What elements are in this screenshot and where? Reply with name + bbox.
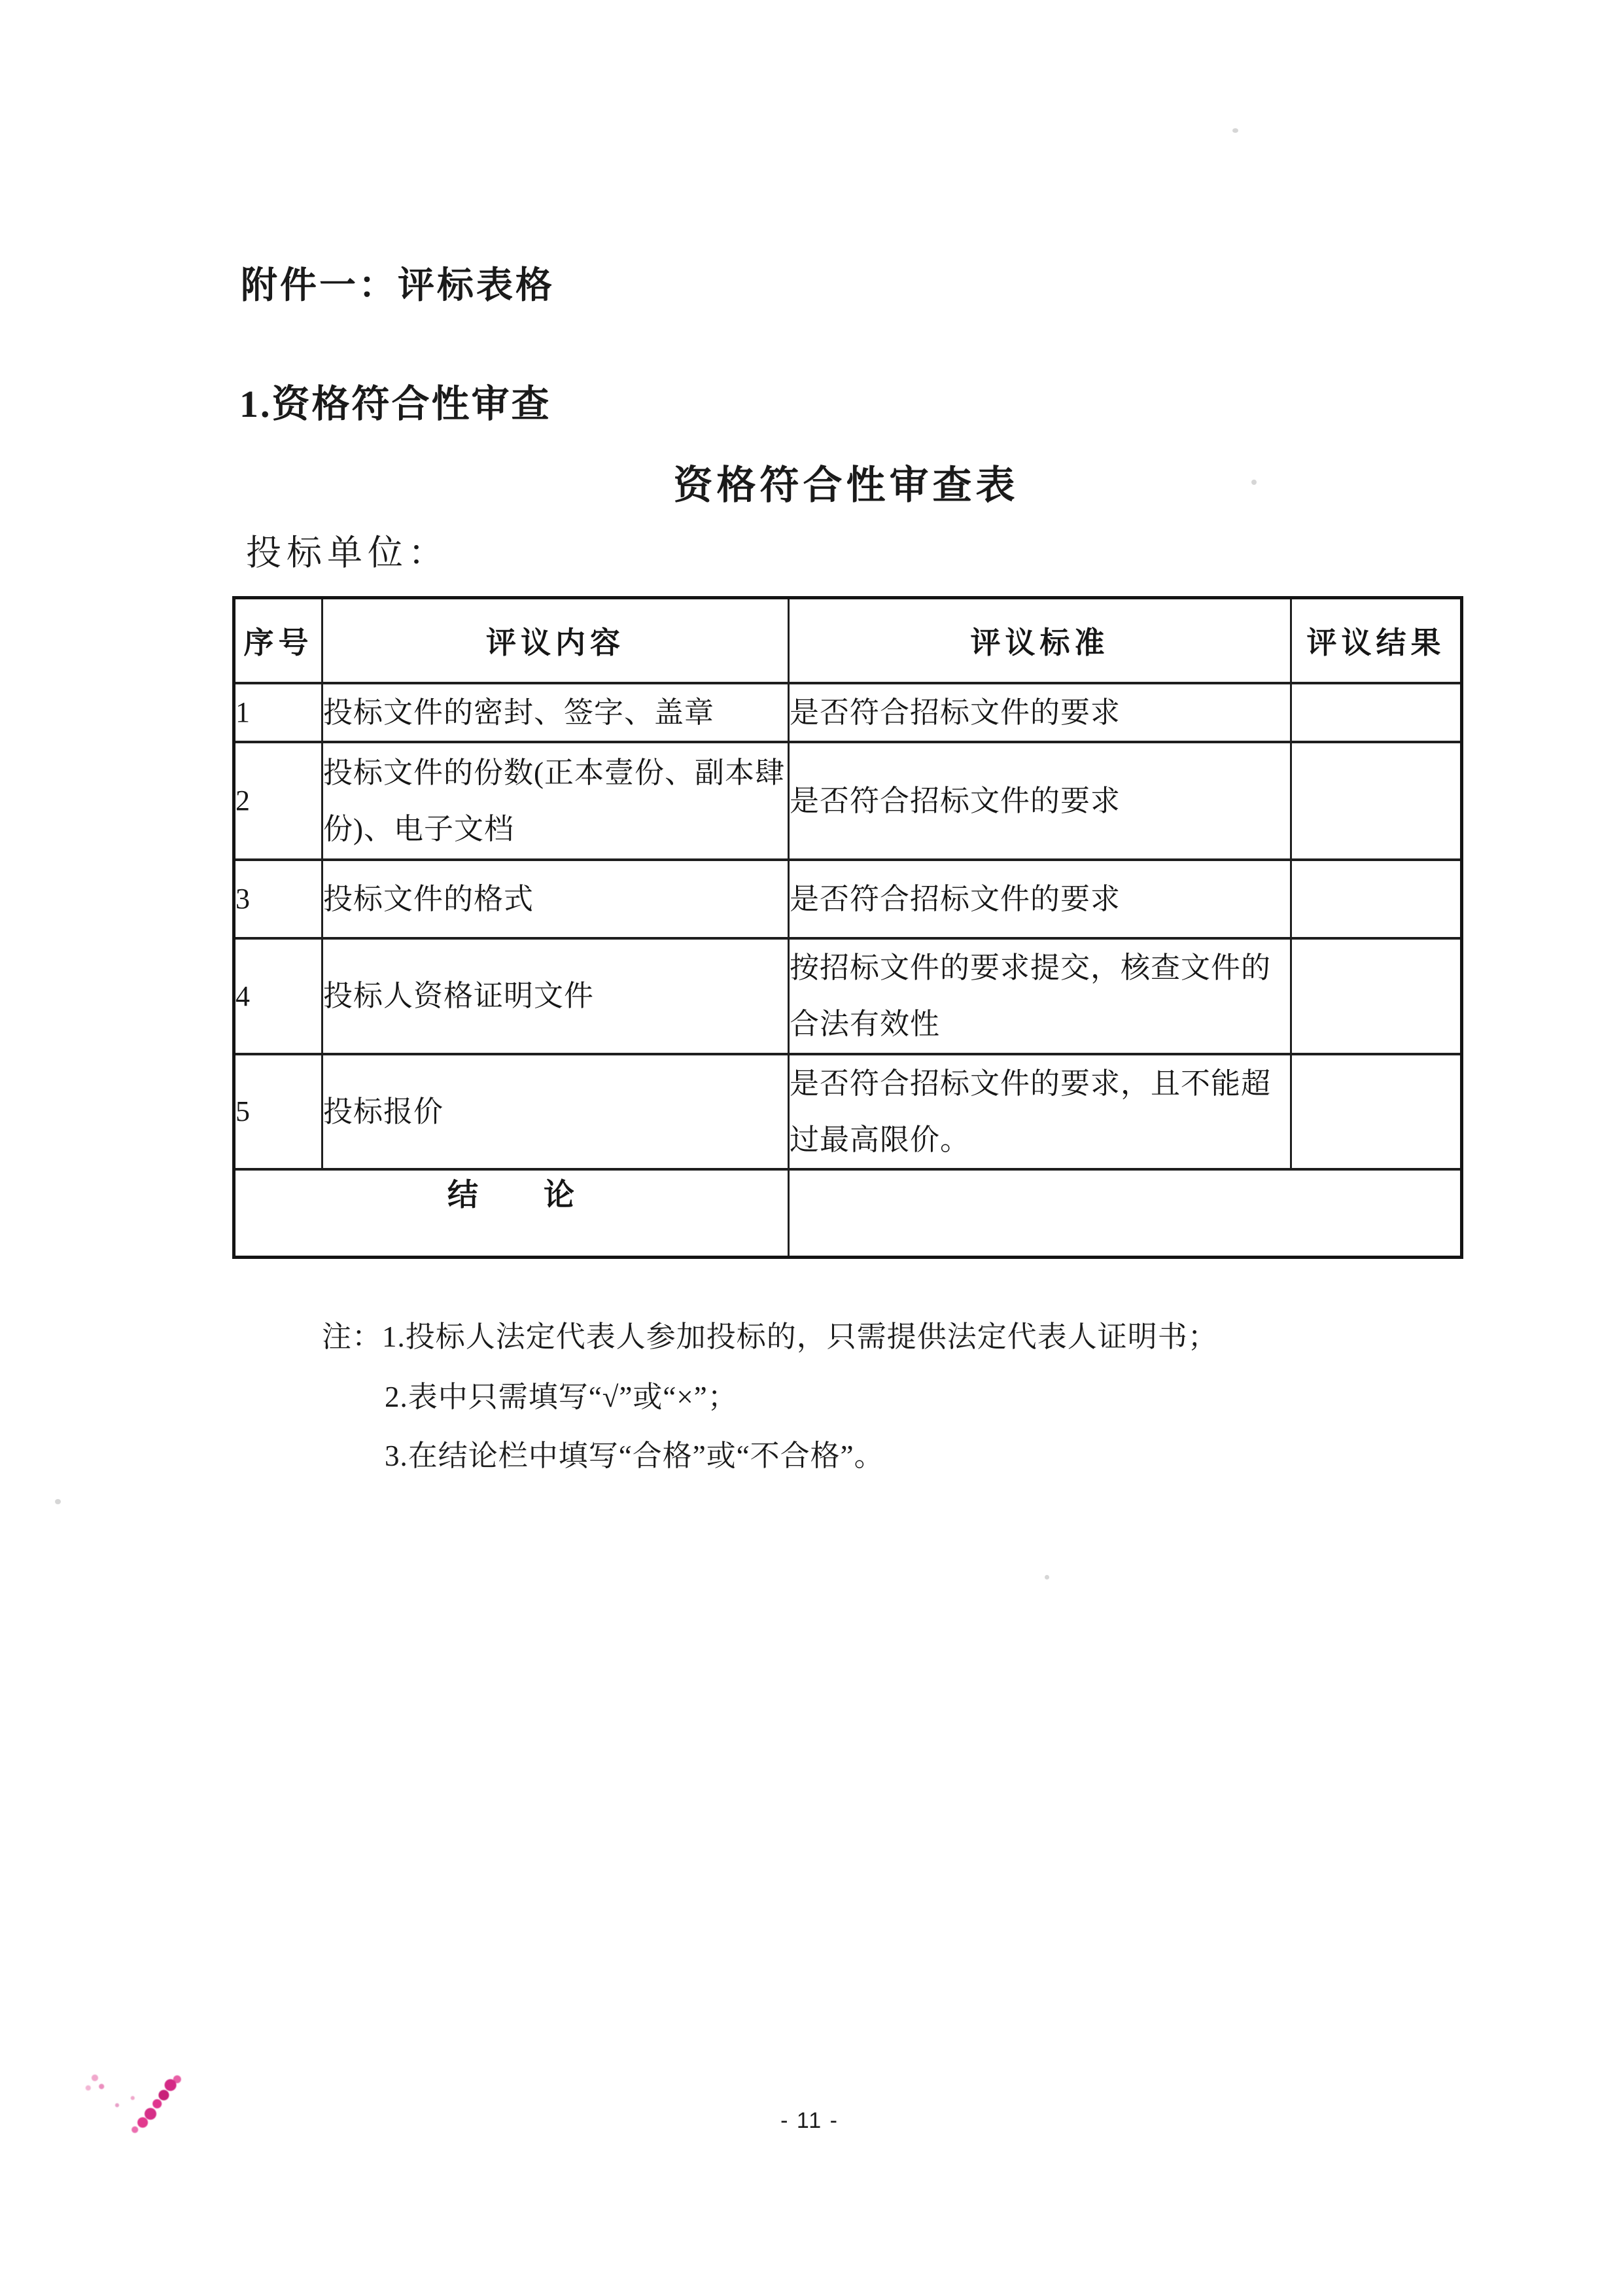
notes-prefix: 注：	[322, 1320, 382, 1353]
table-row: 2 投标文件的份数(正本壹份、副本肆份)、电子文档 是否符合招标文件的要求	[234, 742, 1462, 860]
document-page: 附件一：评标表格 1.资格符合性审查 资格符合性审查表 投标单位： 序号 评议内…	[0, 0, 1619, 2296]
note-line-3: 3.在结论栏中填写“合格”或“不合格”。	[385, 1432, 884, 1474]
ink-smudge	[84, 2066, 195, 2138]
row-number: 1	[234, 683, 322, 742]
scan-speck	[1232, 128, 1238, 133]
content-cell: 投标文件的密封、签字、盖章	[322, 683, 789, 742]
result-cell	[1291, 860, 1462, 938]
qualification-review-table: 序号 评议内容 评议标准 评议结果 1 投标文件的密封、签字、盖章 是否符合招标…	[232, 596, 1463, 1259]
row-number: 3	[234, 860, 322, 938]
row-number: 4	[234, 938, 322, 1054]
note-line-2: 2.表中只需填写“√”或“×”；	[385, 1373, 738, 1415]
standard-cell: 是否符合招标文件的要求，且不能超过最高限价。	[789, 1054, 1291, 1169]
table-row: 5 投标报价 是否符合招标文件的要求，且不能超过最高限价。	[234, 1054, 1462, 1169]
content-cell: 投标报价	[322, 1054, 789, 1169]
result-cell	[1291, 938, 1462, 1054]
result-cell	[1291, 742, 1462, 860]
conclusion-value-cell	[789, 1169, 1462, 1258]
standard-cell: 是否符合招标文件的要求	[789, 742, 1291, 860]
result-cell	[1291, 683, 1462, 742]
table-row: 3 投标文件的格式 是否符合招标文件的要求	[234, 860, 1462, 938]
table-title: 资格符合性审查表	[232, 454, 1460, 510]
standard-cell: 是否符合招标文件的要求	[789, 860, 1291, 938]
col-header-result: 评议结果	[1291, 598, 1462, 683]
section-heading: 1.资格符合性审查	[239, 373, 551, 428]
content-cell: 投标文件的格式	[322, 860, 789, 938]
col-header-standard: 评议标准	[789, 598, 1291, 683]
attachment-heading: 附件一：评标表格	[241, 256, 555, 309]
result-cell	[1291, 1054, 1462, 1169]
col-header-no: 序号	[234, 598, 322, 683]
table-row: 4 投标人资格证明文件 按招标文件的要求提交，核查文件的合法有效性	[234, 938, 1462, 1054]
scan-speck	[1045, 1575, 1049, 1580]
content-cell: 投标文件的份数(正本壹份、副本肆份)、电子文档	[322, 742, 789, 860]
row-number: 2	[234, 742, 322, 860]
conclusion-row: 结 论	[234, 1169, 1462, 1258]
content-cell: 投标人资格证明文件	[322, 938, 789, 1054]
note-line-1: 注：1.投标人法定代表人参加投标的，只需提供法定代表人证明书；	[322, 1313, 1218, 1355]
row-number: 5	[234, 1054, 322, 1169]
page-number: - 11 -	[0, 2108, 1619, 2134]
note-text: 1.投标人法定代表人参加投标的，只需提供法定代表人证明书；	[382, 1320, 1218, 1353]
col-header-content: 评议内容	[322, 598, 789, 683]
table-row: 1 投标文件的密封、签字、盖章 是否符合招标文件的要求	[234, 683, 1462, 742]
scan-speck	[55, 1499, 61, 1504]
conclusion-label-cell: 结 论	[234, 1169, 789, 1258]
scan-speck	[1251, 480, 1257, 485]
standard-cell: 按招标文件的要求提交，核查文件的合法有效性	[789, 938, 1291, 1054]
standard-cell: 是否符合招标文件的要求	[789, 683, 1291, 742]
table-header-row: 序号 评议内容 评议标准 评议结果	[234, 598, 1462, 683]
bidder-unit-label: 投标单位：	[246, 525, 449, 575]
